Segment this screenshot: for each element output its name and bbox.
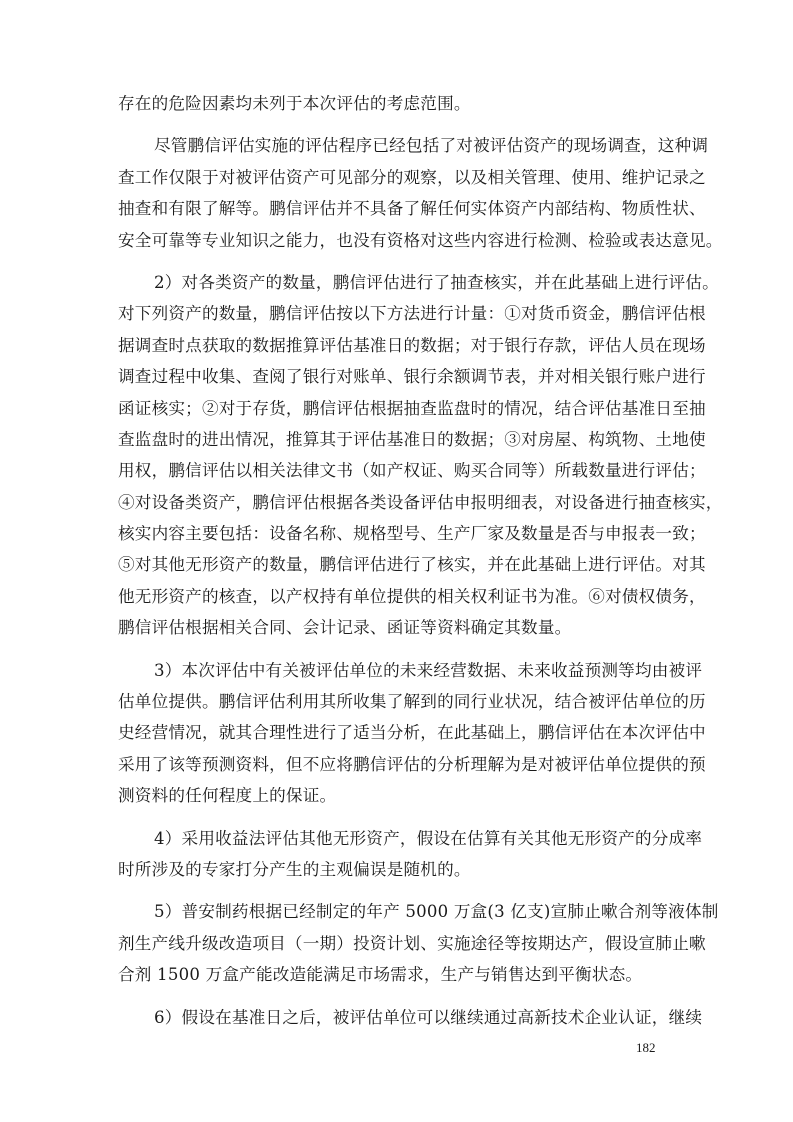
text-line: 史经营情况，就其合理性进行了适当分析，在此基础上，鹏信评估在本次评估中 [118, 717, 676, 748]
text-line: 2）对各类资产的数量，鹏信评估进行了抽查核实，并在此基础上进行评估。 [118, 267, 676, 298]
text-line: 用权，鹏信评估以相关法律文书（如产权证、购买合同等）所载数量进行评估； [118, 455, 676, 486]
paragraph-item-3: 3）本次评估中有关被评估单位的未来经营数据、未来收益预测等均由被评 估单位提供。… [118, 655, 676, 812]
text-line: 安全可靠等专业知识之能力，也没有资格对这些内容进行检测、检验或表达意见。 [118, 225, 676, 256]
text-line: 5）普安制药根据已经制定的年产 5000 万盒(3 亿支)宣肺止嗽合剂等液体制 [118, 896, 676, 927]
paragraph-site-inspection-limitation: 尽管鹏信评估实施的评估程序已经包括了对被评估资产的现场调查，这种调 查工作仅限于… [118, 130, 676, 256]
text-line: 鹏信评估根据相关合同、会计记录、函证等资料确定其数量。 [118, 612, 676, 643]
text-line: ⑤对其他无形资产的数量，鹏信评估进行了核实，并在此基础上进行评估。对其 [118, 549, 676, 580]
document-page: 存在的危险因素均未列于本次评估的考虑范围。 尽管鹏信评估实施的评估程序已经包括了… [118, 88, 676, 1044]
text-line: 核实内容主要包括：设备名称、规格型号、生产厂家及数量是否与申报表一致； [118, 518, 676, 549]
text-line: ④对设备类资产，鹏信评估根据各类设备评估申报明细表，对设备进行抽查核实， [118, 487, 676, 518]
text-line: 估单位提供。鹏信评估利用其所收集了解到的同行业状况，结合被评估单位的历 [118, 686, 676, 717]
paragraph-continuation: 存在的危险因素均未列于本次评估的考虑范围。 [118, 88, 676, 119]
text-line: 3）本次评估中有关被评估单位的未来经营数据、未来收益预测等均由被评 [118, 655, 676, 686]
text-line: 6）假设在基准日之后，被评估单位可以继续通过高新技术企业认证，继续 [118, 1002, 676, 1033]
text-line: 调查过程中收集、查阅了银行对账单、银行余额调节表，并对相关银行账户进行 [118, 361, 676, 392]
text-line: 据调查时点获取的数据推算评估基准日的数据；对于银行存款，评估人员在现场 [118, 330, 676, 361]
text-line: 抽查和有限了解等。鹏信评估并不具备了解任何实体资产内部结构、物质性状、 [118, 193, 676, 224]
text-line: 测资料的任何程度上的保证。 [118, 780, 676, 811]
paragraph-item-6: 6）假设在基准日之后，被评估单位可以继续通过高新技术企业认证，继续 [118, 1002, 676, 1033]
text-line: 他无形资产的核查，以产权持有单位提供的相关权利证书为准。⑥对债权债务， [118, 581, 676, 612]
text-line: 合剂 1500 万盒产能改造能满足市场需求，生产与销售达到平衡状态。 [118, 959, 676, 990]
text-line: 4）采用收益法评估其他无形资产，假设在估算有关其他无形资产的分成率 [118, 823, 676, 854]
text-line: 函证核实；②对于存货，鹏信评估根据抽查监盘时的情况，结合评估基准日至抽 [118, 393, 676, 424]
page-number: 182 [636, 1040, 656, 1056]
text-line: 存在的危险因素均未列于本次评估的考虑范围。 [118, 88, 676, 119]
paragraph-item-5: 5）普安制药根据已经制定的年产 5000 万盒(3 亿支)宣肺止嗽合剂等液体制 … [118, 896, 676, 990]
paragraph-item-4: 4）采用收益法评估其他无形资产，假设在估算有关其他无形资产的分成率 时所涉及的专… [118, 823, 676, 886]
paragraph-item-2: 2）对各类资产的数量，鹏信评估进行了抽查核实，并在此基础上进行评估。 对下列资产… [118, 267, 676, 644]
text-line: 剂生产线升级改造项目（一期）投资计划、实施途径等按期达产，假设宣肺止嗽 [118, 928, 676, 959]
text-line: 查监盘时的进出情况，推算其于评估基准日的数据；③对房屋、构筑物、土地使 [118, 424, 676, 455]
text-line: 采用了该等预测资料，但不应将鹏信评估的分析理解为是对被评估单位提供的预 [118, 749, 676, 780]
text-line: 尽管鹏信评估实施的评估程序已经包括了对被评估资产的现场调查，这种调 [118, 130, 676, 161]
text-line: 时所涉及的专家打分产生的主观偏误是随机的。 [118, 854, 676, 885]
text-line: 查工作仅限于对被评估资产可见部分的观察，以及相关管理、使用、维护记录之 [118, 162, 676, 193]
text-line: 对下列资产的数量，鹏信评估按以下方法进行计量：①对货币资金，鹏信评估根 [118, 298, 676, 329]
